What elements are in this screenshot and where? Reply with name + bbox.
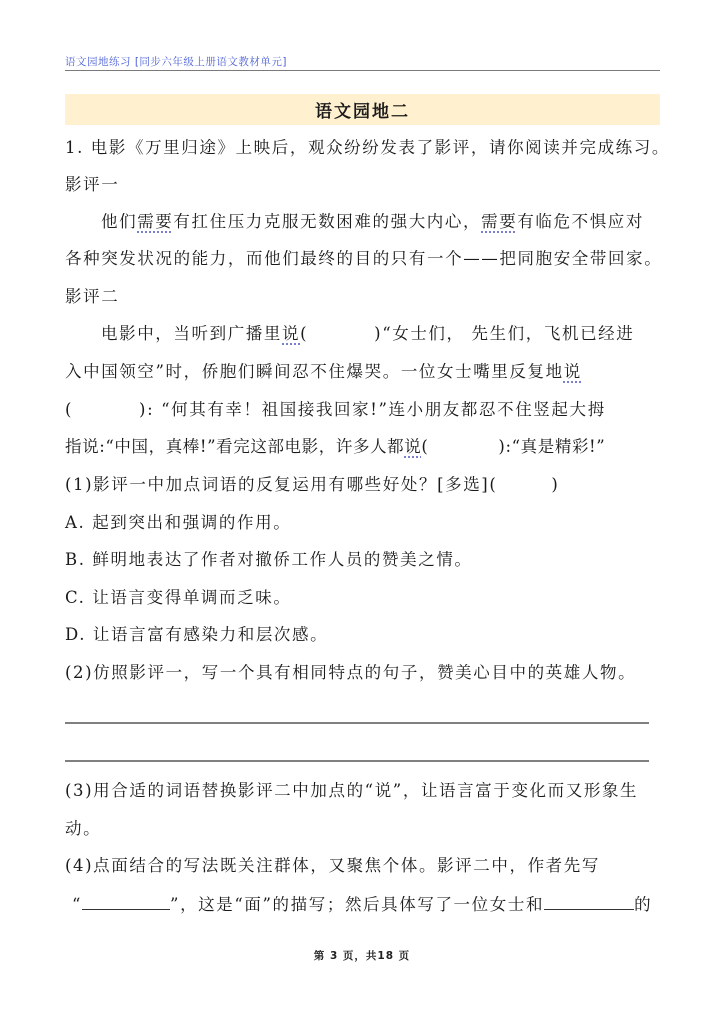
text: 他们 (101, 212, 137, 231)
text: 有扛住压力克服无数困难的强大内心， (173, 212, 481, 231)
review-2-line-4: 指说:“中国，真棒!”看完这部电影，许多人都说():“真是精彩!” (65, 435, 665, 459)
page-number: 第 3 页，共18 页 (0, 948, 724, 963)
title-band: 语文园地二 (65, 94, 660, 125)
option-d: D. 让语言富有感染力和层次感。 (65, 623, 665, 647)
sub-question-3-line-2: 动。 (65, 817, 665, 841)
emphasized-word: 需要 (481, 212, 517, 231)
sub-question-3-line-1: (3)用合适的词语替换影评二中加点的“说”，让语言富于变化而又形象生 (65, 779, 665, 803)
sub-question-2: (2)仿照影评一，写一个具有相同特点的句子，赞美心目中的英雄人物。 (65, 661, 665, 685)
text: 电影中，当听到广播里 (101, 324, 282, 343)
page-header: 语文园地练习 [同步六年级上册语文教材单元] (65, 52, 660, 71)
review-1-line-2: 各种突发状况的能力，而他们最终的目的只有一个——把同胞安全带回家。 (65, 247, 665, 271)
text: 有临危不惧应对 (517, 212, 644, 231)
paren-open: ( (65, 400, 73, 419)
page-title: 语文园地二 (315, 97, 410, 122)
sub-question-1: (1)影评一中加点词语的反复运用有哪些好处？[多选]() (65, 473, 665, 497)
text: 指说:“中国，真棒!”看完这部电影，许多人都 (65, 437, 404, 456)
emphasized-word: 需要 (137, 212, 173, 231)
answer-line-2[interactable] (65, 760, 649, 762)
review-2-line-2: 入中国领空”时，侨胞们瞬间忍不住爆哭。一位女士嘴里反复地说 (65, 360, 665, 384)
option-b: B. 鲜明地表达了作者对撤侨工作人员的赞美之情。 (65, 548, 665, 572)
paren-open: ( (421, 437, 428, 456)
text: 入中国领空”时，侨胞们瞬间忍不住爆哭。一位女士嘴里反复地 (65, 362, 564, 381)
emphasized-word: 说 (404, 437, 421, 456)
paren-open: ( (300, 324, 308, 343)
option-a: A. 起到突出和强调的作用。 (65, 511, 665, 535)
review-2-line-3: (): “何其有幸！祖国接我回家!”连小朋友都忍不住竖起大拇 (65, 398, 665, 422)
answer-line-1[interactable] (65, 722, 649, 724)
fill-blank-1[interactable] (82, 892, 170, 910)
sub-question-4-line-2: “”，这是“面”的描写；然后具体写了一位女士和的 (72, 892, 672, 917)
review-1-label: 影评一 (65, 173, 665, 197)
review-2-line-1: 电影中，当听到广播里说()“女士们， 先生们，飞机已经进 (65, 322, 701, 346)
text: ”，这是“面”的描写；然后具体写了一位女士和 (170, 895, 544, 914)
sub-question-1-stem: (1)影评一中加点词语的反复运用有哪些好处？[多选]( (65, 475, 497, 494)
fill-blank-2[interactable] (544, 892, 634, 910)
review-2-label: 影评二 (65, 285, 665, 309)
text: ):“真是精彩!” (498, 437, 605, 456)
quote-open: “ (72, 895, 82, 914)
option-c: C. 让语言变得单调而乏味。 (65, 586, 665, 610)
emphasized-word: 说 (564, 362, 582, 381)
header-text: 语文园地练习 [同步六年级上册语文教材单元] (65, 54, 287, 69)
review-1-line-1: 他们需要有扛住压力克服无数困难的强大内心，需要有临危不惧应对 (65, 210, 701, 234)
question-1-stem: 1. 电影《万里归途》上映后，观众纷纷发表了影评，请你阅读并完成练习。 (65, 136, 665, 160)
paren-close: ) (551, 475, 559, 494)
text: )“女士们， 先生们，飞机已经进 (374, 324, 634, 343)
sub-question-4-line-1: (4)点面结合的写法既关注群体，又聚焦个体。影评二中，作者先写 (65, 854, 665, 878)
emphasized-word: 说 (282, 324, 300, 343)
text: 的 (634, 895, 652, 914)
text: ): “何其有幸！祖国接我回家!”连小朋友都忍不住竖起大拇 (139, 400, 606, 419)
